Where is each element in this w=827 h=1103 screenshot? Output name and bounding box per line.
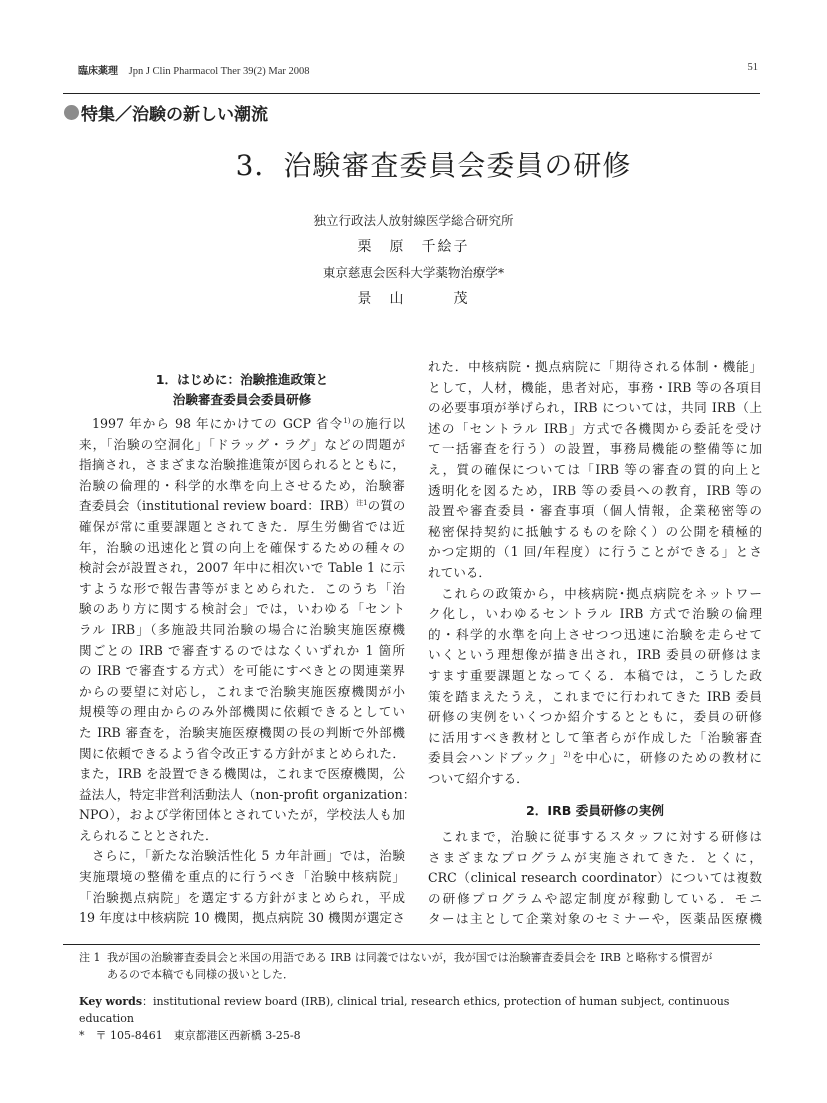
text-line: 規模等の理由からのみ外部機関に依頼できるとしてい — [79, 702, 405, 723]
text-line: ラル IRB」（多施設共同治験の場合に治験実施医療機 — [79, 620, 405, 641]
text-line: ついて紹介する． — [428, 769, 762, 790]
text-line: 1997 年から 98 年にかけての GCP 省令1)の施行以 — [79, 414, 405, 435]
feature-label: 特集／治験の新しい潮流 — [64, 100, 268, 125]
footnotes: 注 1 我が国の治験審査委員会と米国の用語である IRB は同義ではないが，我が… — [79, 949, 764, 1044]
text-line: え，質の確保については「IRB 等の審査の質的向上と — [428, 460, 762, 481]
footnote-label: 注 1 — [79, 949, 107, 983]
correspondence-address: * 〒 105-8461 東京都港区西新橋 3-25-8 — [79, 1027, 764, 1044]
article-title: 3．治験審査委員会委員の研修 — [0, 144, 827, 184]
reference-superscript: 1) — [343, 417, 350, 425]
text-line: ターは主として企業対象のセミナーや，医薬品医療機 — [428, 909, 762, 930]
text-line: 策を踏まえたうえ，これまでに行われてきた IRB 委員 — [428, 687, 762, 708]
text-line: 研修の実例をいくつか紹介するとともに，委員の研修 — [428, 707, 762, 728]
text-line: 関に依頼できるよう省令改正する方針がまとめられた． — [79, 744, 405, 765]
running-head: 臨床薬理 Jpn J Clin Pharmacol Ther 39(2) Mar… — [78, 62, 758, 77]
text-line: 「治験拠点病院」を選定する方針がまとめられ，平成 — [79, 888, 405, 909]
text-line: として，人材，機能，患者対応，事務・IRB 等の各項目 — [428, 378, 762, 399]
feature-title: 特集／治験の新しい潮流 — [81, 100, 268, 125]
reference-superscript: 2) — [563, 751, 570, 759]
header-rule — [63, 93, 760, 94]
text-line: すような形で報告書等がまとめられた．このうち「治 — [79, 579, 405, 600]
text-line: 設置や審査委員・審査事項（個人情報，企業秘密等の — [428, 501, 762, 522]
keywords: Key words：institutional review board (IR… — [79, 993, 764, 1027]
footnote-1: 注 1 我が国の治験審査委員会と米国の用語である IRB は同義ではないが，我が… — [79, 949, 764, 983]
text-line: 益法人，特定非営利活動法人（non-profit organization： — [79, 785, 405, 806]
text-line: れている． — [428, 563, 762, 584]
text-line: 秘密保持契約に抵触するものを除く）の公開を積極的 — [428, 522, 762, 543]
text-line: 透明化を図るため，IRB 等の委員への教育，IRB 等の — [428, 481, 762, 502]
text-line: さらに，「新たな治験活性化 5 カ年計画」では，治験 — [79, 846, 405, 867]
text-line: かつ定期的（1 回/年程度）に行うことができる」とさ — [428, 542, 762, 563]
text-line: ク化し，いわゆるセントラル IRB 方式で治験の倫理 — [428, 604, 762, 625]
text-line: の必要事項が挙げられ，IRB については，共同 IRB（上 — [428, 398, 762, 419]
text-line: 委員会ハンドブック」2)を中心に，研修のための教材に — [428, 748, 762, 769]
text-line: 治験の倫理的・科学的水準を向上させるため，治験審 — [79, 476, 405, 497]
author-1: 栗 原 千絵子 — [0, 234, 827, 260]
journal-citation: 臨床薬理 Jpn J Clin Pharmacol Ther 39(2) Mar… — [78, 62, 310, 77]
text-line: 関ごとの IRB で審査するのではなくいずれか 1 箇所 — [79, 641, 405, 662]
text-line: NPO），および学術団体とされていたが，学校法人も加 — [79, 805, 405, 826]
text-line: 年，治験の迅速化と質の向上を確保するための種々の — [79, 538, 405, 559]
citation: Jpn J Clin Pharmacol Ther 39(2) Mar 2008 — [129, 66, 310, 77]
journal-name-ja: 臨床薬理 — [78, 66, 118, 77]
reference-superscript: 注1 — [356, 499, 367, 507]
text-line: 実施環境の整備を重点的に行うべき「治験中核病院」 — [79, 867, 405, 888]
page-number: 51 — [748, 62, 759, 77]
text-line: 検討会が設置され，2007 年中に相次いで Table 1 に示 — [79, 558, 405, 579]
text-line: の研修プログラムや認定制度が稼動している．モニ — [428, 889, 762, 910]
keywords-label: Key words — [79, 995, 142, 1008]
left-column: 1997 年から 98 年にかけての GCP 省令1)の施行以来，「治験の空洞化… — [79, 414, 405, 929]
bullet-circle-icon — [64, 105, 79, 120]
section-1-heading: 1．はじめに：治験推進政策と 治験審査委員会委員研修 — [79, 370, 405, 410]
affiliation-1: 独立行政法人放射線医学総合研究所 — [0, 208, 827, 234]
text-line: えられることとされた． — [79, 826, 405, 847]
text-line: また，IRB を設置できる機関は，これまで医療機関，公 — [79, 764, 405, 785]
footnote-rule — [63, 944, 760, 945]
text-line: さまざまなプログラムが実施されてきた．とくに， — [428, 848, 762, 869]
text-line: すます重要課題となってくる．本稿では，こうした政 — [428, 666, 762, 687]
text-line: に活用すべき教材として筆者らが作成した「治験審査 — [428, 728, 762, 749]
right-column-top: れた．中核病院・拠点病院に「期待される体制・機能」として，人材，機能，患者対応，… — [428, 357, 762, 789]
text-line: いくという理想像が描き出され，IRB 委員の研修はま — [428, 645, 762, 666]
section-1-heading-line: 1．はじめに：治験推進政策と — [79, 370, 405, 390]
text-line: て一括審査を行う）の設置，事務局機能の整備等に加 — [428, 439, 762, 460]
text-line: の IRB で審査する方式）を可能にすべきとの関連業界 — [79, 661, 405, 682]
section-2-heading: 2．IRB 委員研修の実例 — [428, 801, 762, 821]
text-line: 確保が常に重要課題とされてきた．厚生労働省では近 — [79, 517, 405, 538]
text-line: た IRB 審査を，治験実施医療機関の長の判断で外部機 — [79, 723, 405, 744]
affiliation-2: 東京慈恵会医科大学薬物治療学* — [0, 260, 827, 286]
footnote-text: 我が国の治験審査委員会と米国の用語である IRB は同義ではないが，我が国では治… — [107, 949, 712, 966]
keywords-text: ：institutional review board (IRB), clini… — [79, 995, 729, 1025]
section-1-heading-line: 治験審査委員会委員研修 — [79, 390, 405, 410]
author-2: 景 山 茂 — [0, 286, 827, 312]
author-block: 独立行政法人放射線医学総合研究所 栗 原 千絵子 東京慈恵会医科大学薬物治療学*… — [0, 208, 827, 312]
text-line: 述の「セントラル IRB」方式で各機関から委託を受け — [428, 419, 762, 440]
right-column-bottom: これまで，治験に従事するスタッフに対する研修はさまざまなプログラムが実施されてき… — [428, 827, 762, 930]
text-line: からの要望に対応し，これまで治験実施医療機関が小 — [79, 682, 405, 703]
text-line: 的・科学的水準を向上させつつ迅速に治験を走らせて — [428, 625, 762, 646]
text-line: 験のあり方に関する検討会」では，いわゆる「セント — [79, 599, 405, 620]
text-line: 査委員会（institutional review board：IRB）注1の質… — [79, 496, 405, 517]
text-line: 19 年度は中核病院 10 機関，拠点病院 30 機関が選定さ — [79, 908, 405, 929]
text-line: れた．中核病院・拠点病院に「期待される体制・機能」 — [428, 357, 762, 378]
text-line: CRC（clinical research coordinator）については複… — [428, 868, 762, 889]
text-line: 来，「治験の空洞化」「ドラッグ・ラグ」などの問題が — [79, 435, 405, 456]
text-line: 指摘され，さまざまな治験推進策が図られるとともに， — [79, 455, 405, 476]
text-line: これまで，治験に従事するスタッフに対する研修は — [428, 827, 762, 848]
footnote-text: あるので本稿でも同様の扱いとした． — [107, 966, 712, 983]
text-line: これらの政策から，中核病院･拠点病院をネットワー — [428, 584, 762, 605]
